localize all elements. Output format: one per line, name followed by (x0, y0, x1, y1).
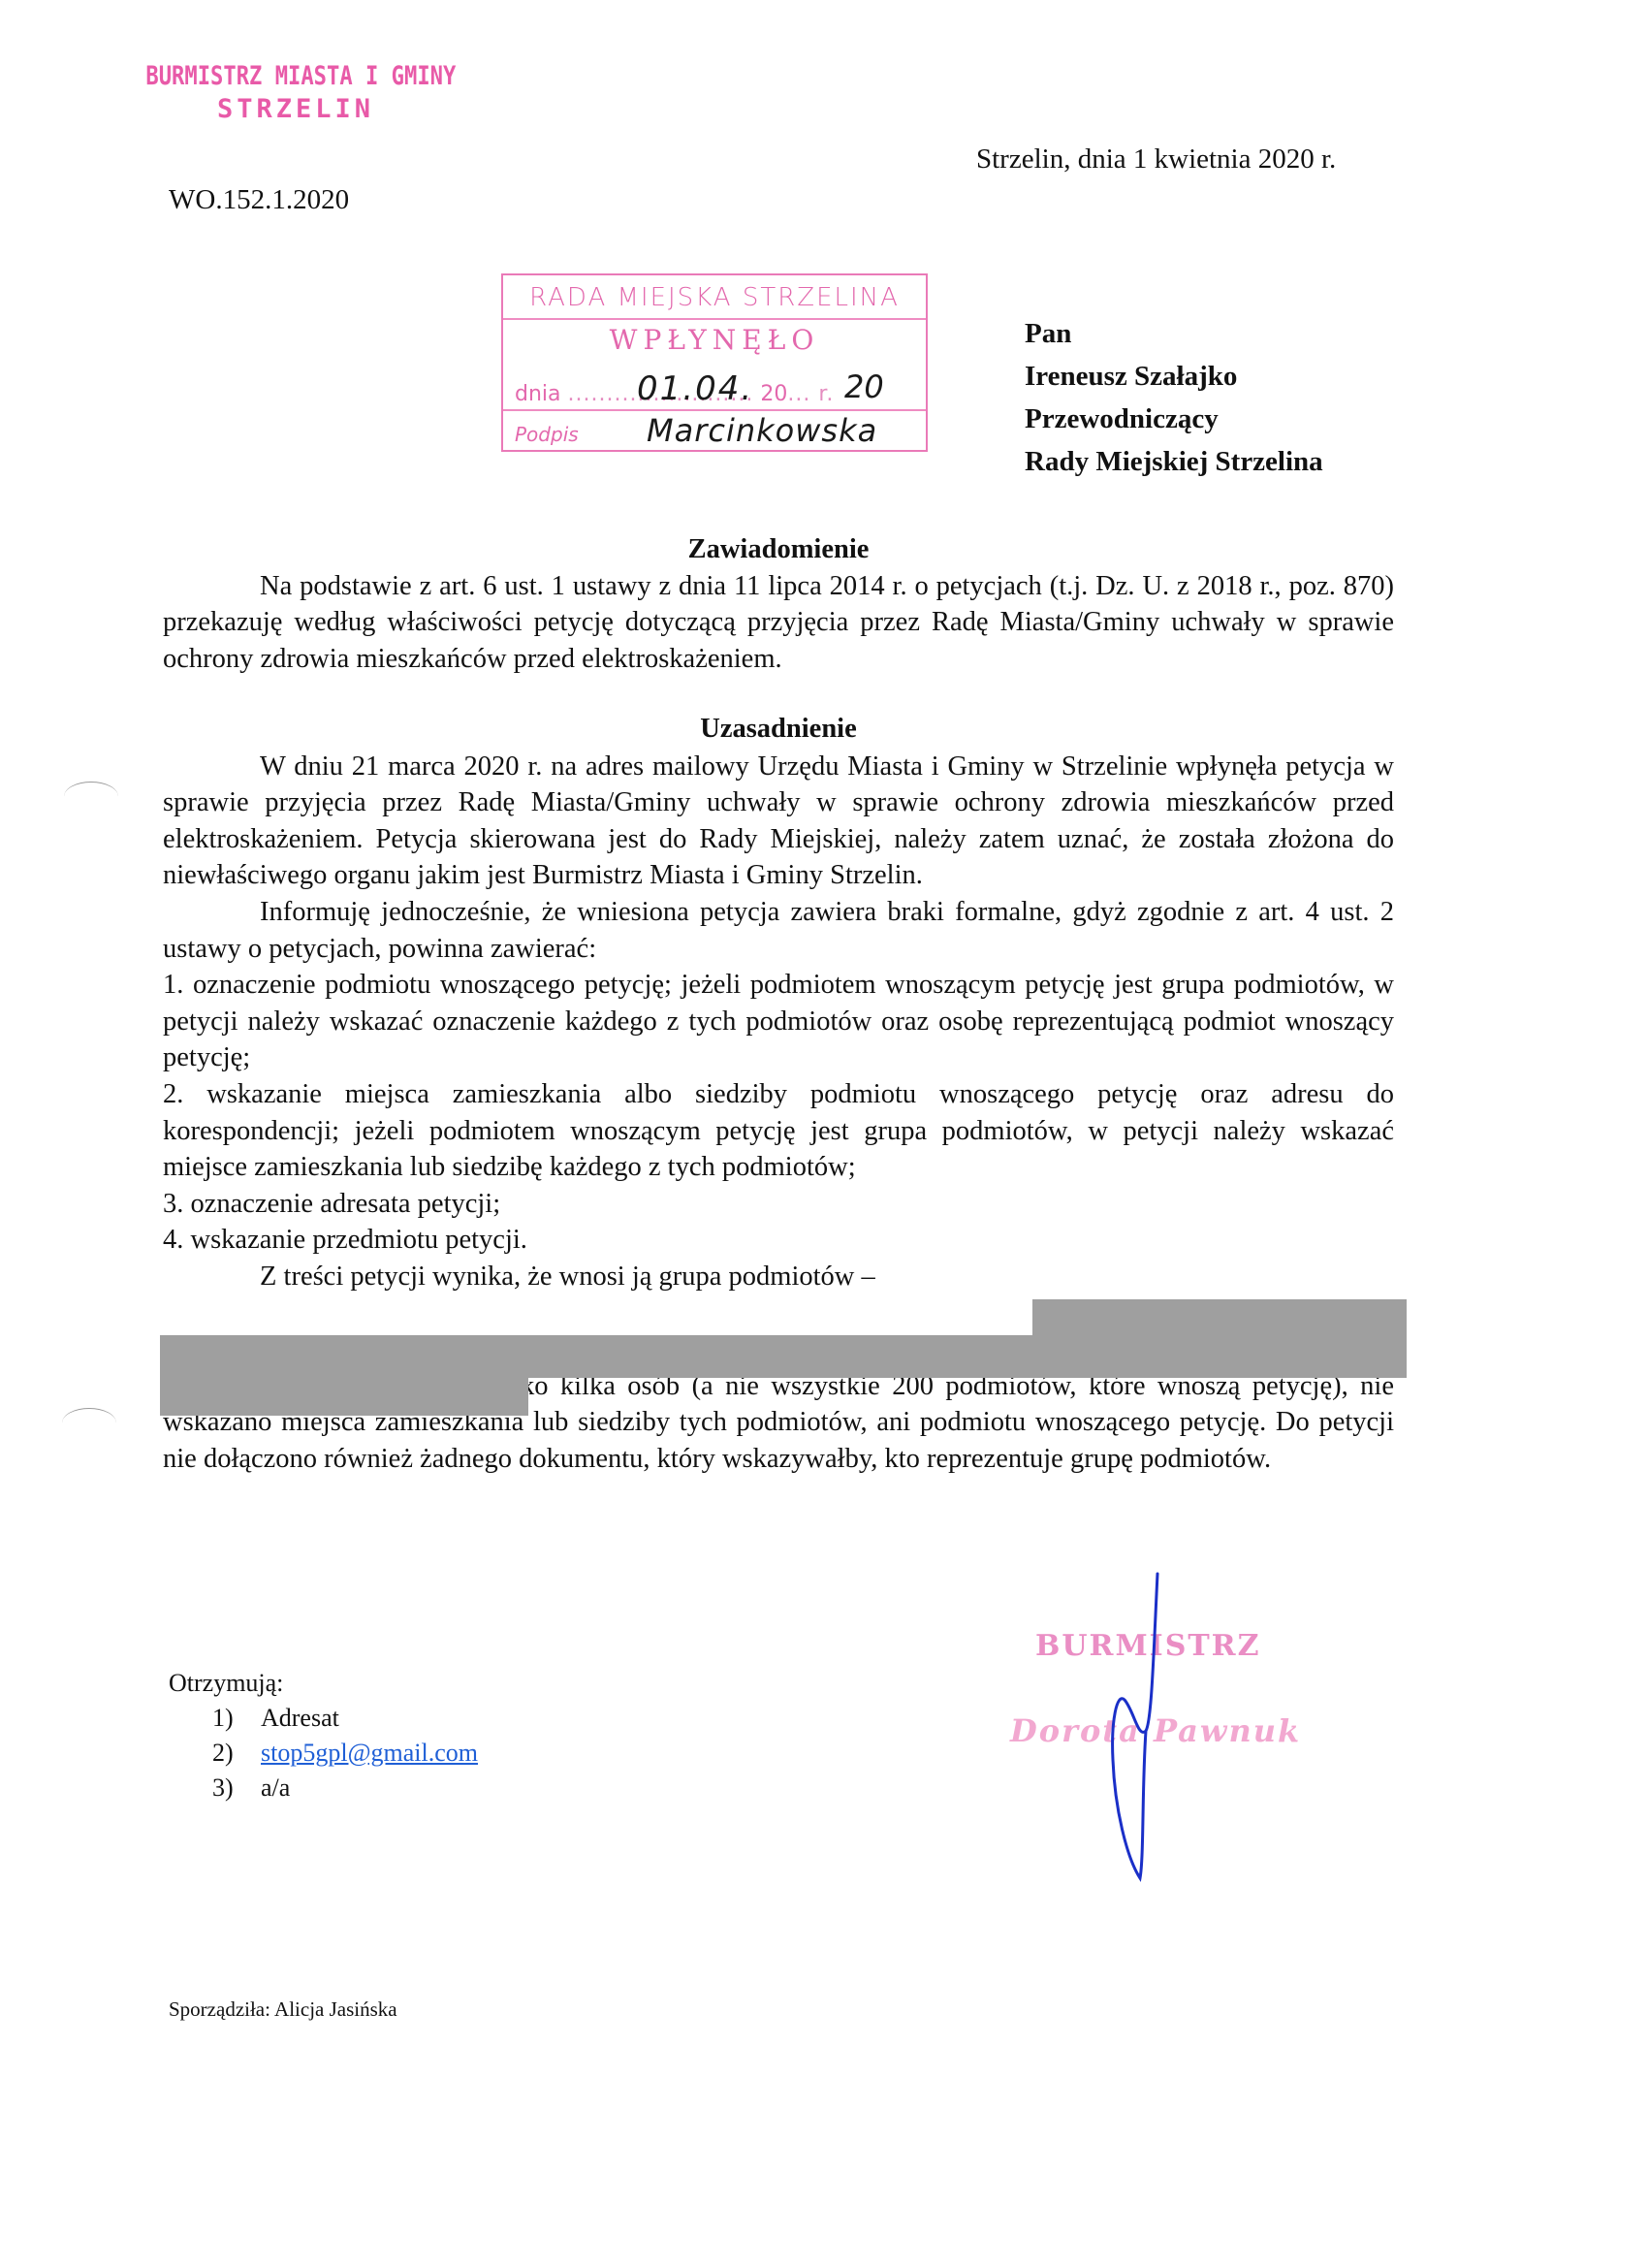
addressee-body: Rady Miejskiej Strzelina (1025, 440, 1323, 483)
addressee-block: Pan Ireneusz Szałajko Przewodniczący Rad… (1025, 312, 1323, 483)
handwritten-signature-mark (1095, 1566, 1212, 1896)
institution-stamp-line2: STRZELIN (128, 93, 463, 126)
recipient-text: Adresat (261, 1704, 339, 1732)
redaction-block (160, 1335, 1407, 1378)
recipient-text: a/a (261, 1773, 290, 1802)
recipients-list: 1)Adresat 2)stop5gpl@gmail.com 3)a/a (169, 1701, 478, 1805)
addressee-name: Ireneusz Szałajko (1025, 355, 1323, 398)
addressee-position: Przewodniczący (1025, 398, 1323, 440)
justification-paragraph-3-start: Z treści petycji wynika, że wnosi ją gru… (163, 1259, 1394, 1295)
redaction-block (1032, 1299, 1407, 1336)
justification-title: Uzasadnienie (163, 711, 1394, 748)
requirement-item: 2. wskazanie miejsca zamieszkania albo s… (163, 1076, 1394, 1186)
recipient-item: 1)Adresat (169, 1701, 478, 1736)
received-year-prefix: 20 (760, 382, 787, 406)
notice-title: Zawiadomienie (163, 531, 1394, 568)
requirement-item: 1. oznaczenie podmiotu wnoszącego petycj… (163, 967, 1394, 1076)
punch-hole-mark (64, 782, 118, 812)
institution-stamp: BURMISTRZ MIASTA I GMINY STRZELIN (114, 60, 463, 126)
received-stamp: RADA MIEJSKA STRZELINA WPŁYNĘŁO dnia ...… (501, 273, 928, 452)
notice-paragraph: Na podstawie z art. 6 ust. 1 ustawy z dn… (163, 568, 1394, 678)
document-reference: WO.152.1.2020 (169, 184, 349, 216)
received-date-label: dnia (515, 382, 561, 406)
recipient-email-link[interactable]: stop5gpl@gmail.com (261, 1739, 478, 1767)
requirement-item: 4. wskazanie przedmiotu petycji. (163, 1222, 1394, 1259)
recipient-item: 3)a/a (169, 1771, 478, 1805)
addressee-salutation: Pan (1025, 312, 1323, 355)
redaction-block (160, 1377, 528, 1416)
received-stamp-header: RADA MIEJSKA STRZELINA (503, 275, 926, 320)
place-and-date: Strzelin, dnia 1 kwietnia 2020 r. (976, 144, 1336, 176)
recipient-number: 2) (212, 1736, 261, 1771)
justification-paragraph-2: Informuję jednocześnie, że wniesiona pet… (163, 894, 1394, 967)
recipient-number: 1) (212, 1701, 261, 1736)
received-stamp-date-row: dnia ........................ 20... r. 0… (503, 361, 926, 411)
notice-section: Zawiadomienie Na podstawie z art. 6 ust.… (163, 531, 1394, 677)
prepared-by: Sporządziła: Alicja Jasińska (169, 1997, 397, 2022)
recipients-block: Otrzymują: 1)Adresat 2)stop5gpl@gmail.co… (169, 1666, 478, 1805)
punch-hole-mark (62, 1408, 116, 1438)
recipients-label: Otrzymują: (169, 1666, 478, 1701)
received-signature-label: Podpis (515, 423, 579, 446)
recipient-item: 2)stop5gpl@gmail.com (169, 1736, 478, 1771)
requirement-item: 3. oznaczenie adresata petycji; (163, 1186, 1394, 1223)
handwritten-signature: Marcinkowska (647, 407, 877, 454)
received-stamp-signature-row: Podpis Marcinkowska (503, 411, 926, 452)
justification-paragraph-1: W dniu 21 marca 2020 r. na adres mailowy… (163, 749, 1394, 894)
received-year-suffix: ... r. (787, 382, 834, 406)
recipient-number: 3) (212, 1771, 261, 1805)
institution-stamp-line1: BURMISTRZ MIASTA I GMINY (145, 60, 431, 93)
